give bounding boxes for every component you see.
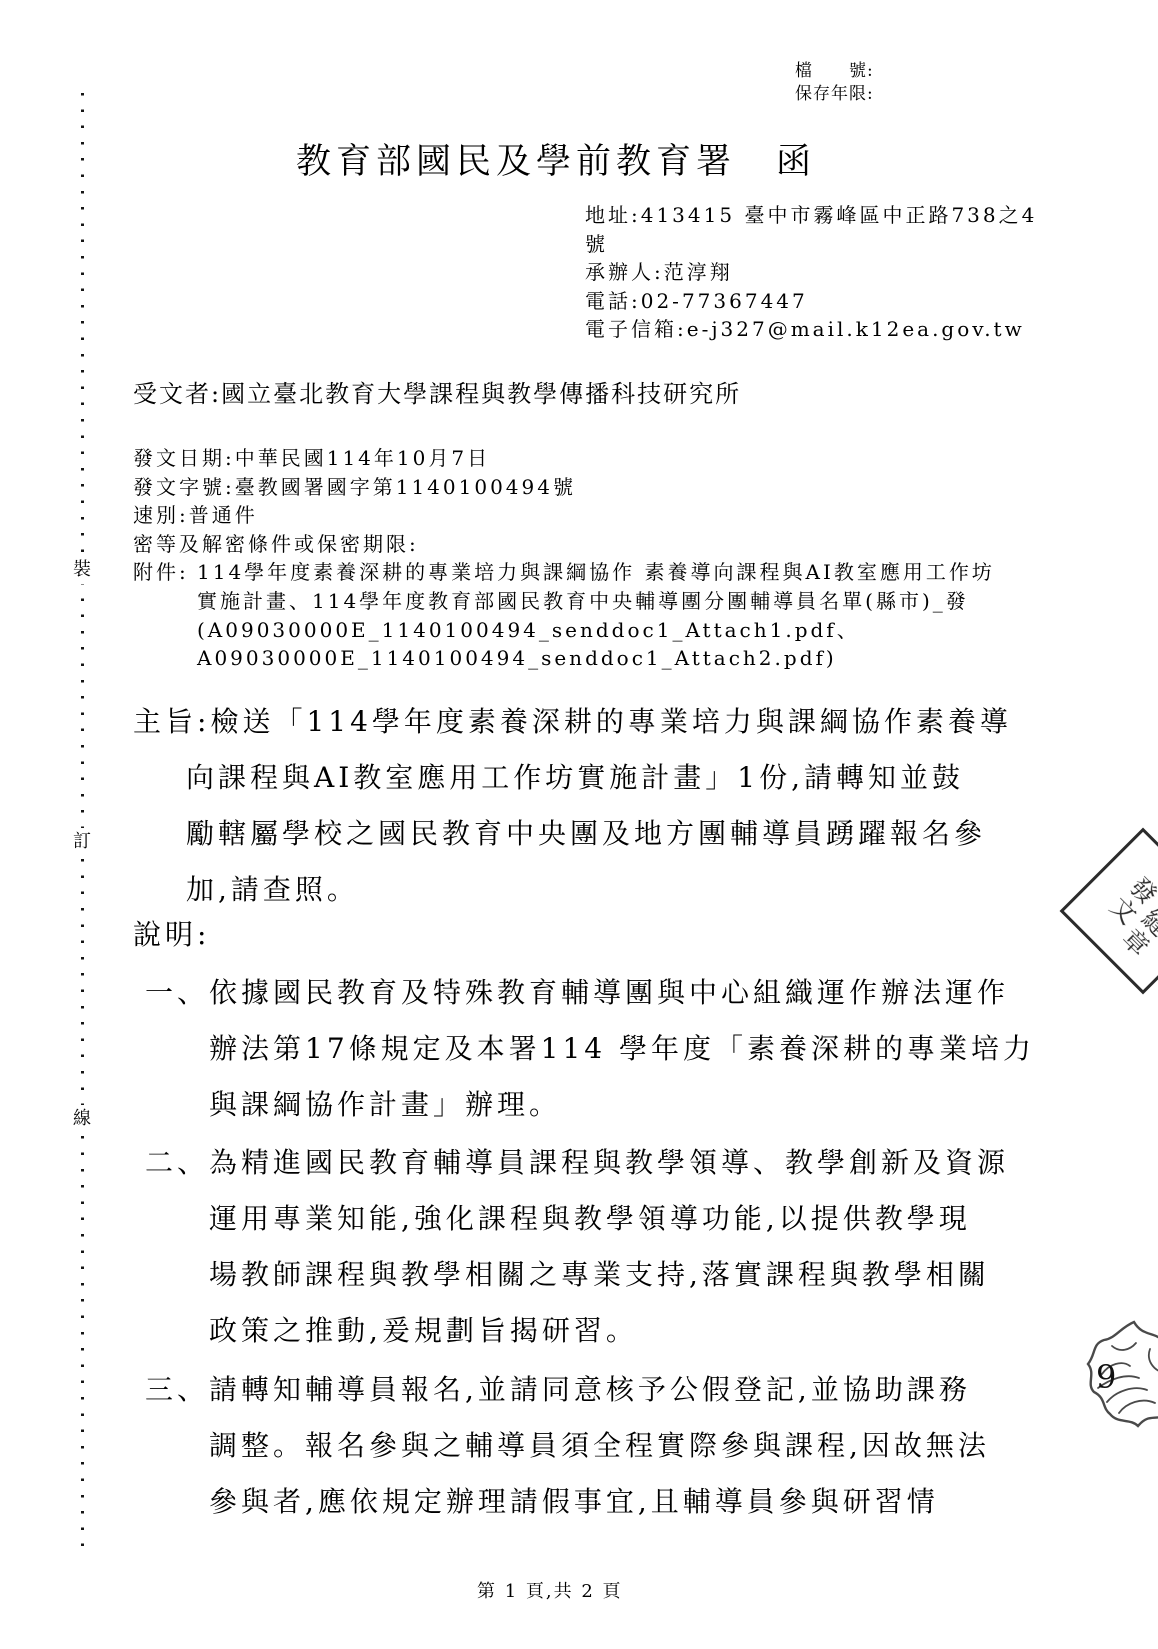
page-seal-number: 9 xyxy=(1096,1358,1116,1396)
item-first-line: 三、請轉知輔導員報名,並請同意核予公假登記,並協助課務 xyxy=(145,1362,1045,1418)
subject-block: 主旨:檢送「114學年度素養深耕的專業培力與課綱協作素養導 向課程與AI教室應用… xyxy=(133,694,1033,918)
binding-char-zhuang: 裝 xyxy=(70,556,94,584)
sender-contact-person: 承辦人:范淳翔 xyxy=(585,258,1037,287)
meta-block: 發文日期:中華民國114年10月7日 發文字號:臺教國署國字第114010049… xyxy=(133,444,995,673)
sender-email: 電子信箱:e-j327@mail.k12ea.gov.tw xyxy=(585,315,1037,344)
attachment-line: 實施計畫、114學年度教育部國民教育中央輔導團分團輔導員名單(縣市)_發 xyxy=(197,587,995,616)
attachment-row: 附件: 114學年度素養深耕的專業培力與課綱協作 素養導向課程與AI教室應用工作… xyxy=(133,558,995,672)
binding-char-ding: 訂 xyxy=(70,828,94,856)
file-no-label: 檔 號: xyxy=(795,60,874,83)
speed-class: 速別:普通件 xyxy=(133,501,995,530)
subject-line: 向課程與AI教室應用工作坊實施計畫」1份,請轉知並鼓 xyxy=(186,750,1033,806)
item-line: 調整。報名參與之輔導員須全程實際參與課程,因故無法 xyxy=(209,1418,1045,1474)
attachment-line: A09030000E_1140100494_senddoc1_Attach2.p… xyxy=(197,644,995,673)
item-marker: 二、 xyxy=(145,1146,209,1179)
item-line: 政策之推動,爰規劃旨揭研習。 xyxy=(209,1303,1045,1359)
sender-address-line2: 號 xyxy=(585,230,1037,259)
subject-label: 主旨: xyxy=(133,705,210,738)
subject-line: 加,請查照。 xyxy=(186,862,1033,918)
security-class: 密等及解密條件或保密期限: xyxy=(133,530,995,559)
sender-info-block: 地址:413415 臺中市霧峰區中正路738之4 號 承辦人:范淳翔 電話:02… xyxy=(585,201,1037,344)
sender-address-line1: 地址:413415 臺中市霧峰區中正路738之4 xyxy=(585,201,1037,230)
item-line: 為精進國民教育輔導員課程與教學領導、教學創新及資源 xyxy=(209,1146,1009,1179)
subject-line: 勵轄屬學校之國民教育中央團及地方團輔導員踴躍報名參 xyxy=(186,806,1033,862)
explanation-item-2: 二、為精進國民教育輔導員課程與教學領導、教學創新及資源 運用專業知能,強化課程與… xyxy=(145,1135,1045,1359)
official-letter-page: 裝 訂 線 檔 號: 保存年限: 教育部國民及學前教育署 函 地址:413415… xyxy=(0,0,1158,1649)
item-line: 辦法第17條規定及本署114 學年度「素養深耕的專業培力 xyxy=(209,1021,1045,1077)
item-line: 運用專業知能,強化課程與教學領導功能,以提供教學現 xyxy=(209,1191,1045,1247)
attachment-line: (A09030000E_1140100494_senddoc1_Attach1.… xyxy=(197,616,995,645)
file-number-block: 檔 號: 保存年限: xyxy=(795,60,874,106)
attachment-label: 附件: xyxy=(133,558,197,587)
item-first-line: 二、為精進國民教育輔導員課程與教學領導、教學創新及資源 xyxy=(145,1135,1045,1191)
item-line: 請轉知輔導員報名,並請同意核予公假登記,並協助課務 xyxy=(209,1373,971,1406)
document-title: 教育部國民及學前教育署 函 xyxy=(0,134,1112,184)
explanation-item-3: 三、請轉知輔導員報名,並請同意核予公假登記,並協助課務 調整。報名參與之輔導員須… xyxy=(145,1362,1045,1530)
attachment-line: 114學年度素養深耕的專業培力與課綱協作 素養導向課程與AI教室應用工作坊 xyxy=(197,558,995,587)
paging-seal-border: 發文 騎縫章 xyxy=(1060,828,1158,995)
item-line: 場教師課程與教學相關之專業支持,落實課程與教學相關 xyxy=(209,1247,1045,1303)
attachment-value: 114學年度素養深耕的專業培力與課綱協作 素養導向課程與AI教室應用工作坊 實施… xyxy=(197,558,995,672)
item-line: 與課綱協作計畫」辦理。 xyxy=(209,1077,1045,1133)
item-marker: 三、 xyxy=(145,1373,209,1406)
issue-date: 發文日期:中華民國114年10月7日 xyxy=(133,444,995,473)
subject-first-line: 主旨:檢送「114學年度素養深耕的專業培力與課綱協作素養導 xyxy=(133,694,1033,750)
subject-line: 檢送「114學年度素養深耕的專業培力與課綱協作素養導 xyxy=(210,705,1011,738)
binding-dotted-line xyxy=(81,93,84,1548)
flower-seal-icon: 9 xyxy=(1072,1316,1158,1436)
recipient-line: 受文者:國立臺北教育大學課程與教學傳播科技研究所 xyxy=(133,374,741,409)
page-footer: 第 1 頁,共 2 頁 xyxy=(477,1577,623,1603)
retention-label: 保存年限: xyxy=(795,83,874,106)
item-first-line: 一、依據國民教育及特殊教育輔導團與中心組織運作辦法運作 xyxy=(145,965,1045,1021)
sender-phone: 電話:02-77367447 xyxy=(585,287,1037,316)
explanation-item-1: 一、依據國民教育及特殊教育輔導團與中心組織運作辦法運作 辦法第17條規定及本署1… xyxy=(145,965,1045,1133)
binding-char-xian: 線 xyxy=(70,1105,94,1133)
explanation-heading: 說明: xyxy=(133,907,210,963)
item-line: 依據國民教育及特殊教育輔導團與中心組織運作辦法運作 xyxy=(209,976,1009,1009)
item-marker: 一、 xyxy=(145,976,209,1009)
doc-number: 發文字號:臺教國署國字第1140100494號 xyxy=(133,473,995,502)
paging-seal-stamp: 發文 騎縫章 xyxy=(1061,829,1158,987)
item-line: 參與者,應依規定辦理請假事宜,且輔導員參與研習情 xyxy=(209,1474,1045,1530)
